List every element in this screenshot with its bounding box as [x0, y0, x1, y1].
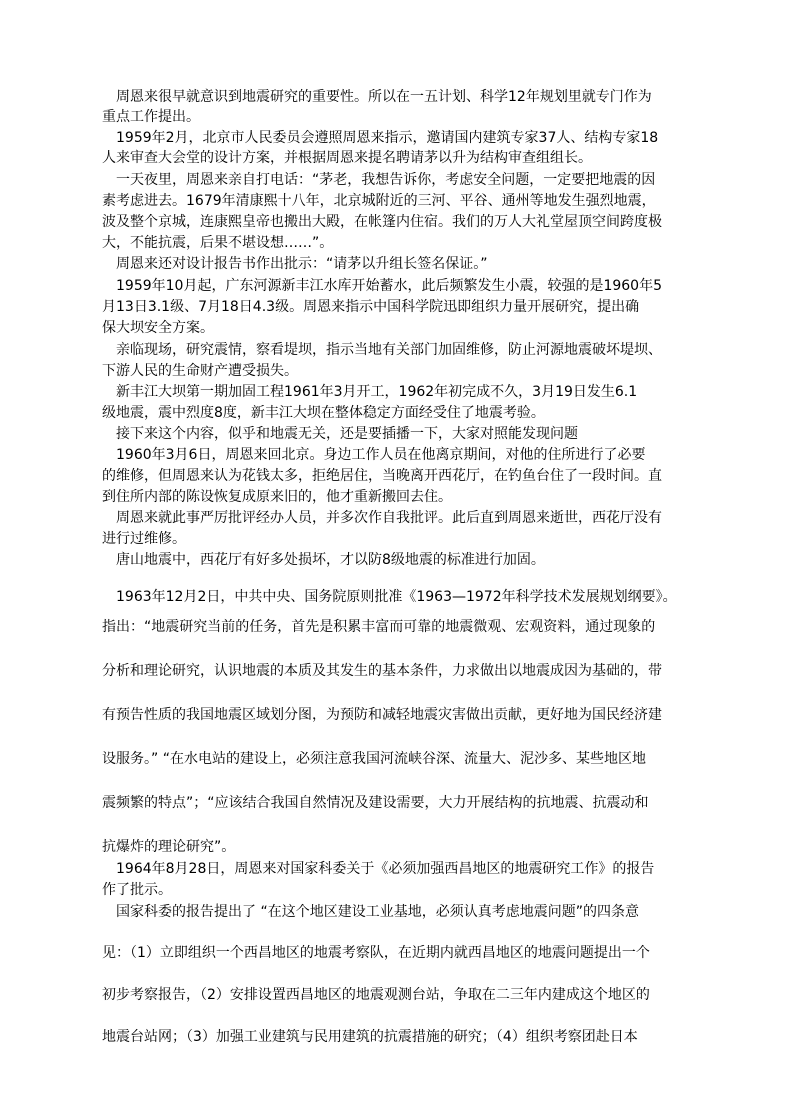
paragraph-line: 进行过维修。 [102, 529, 680, 549]
paragraph-line: 月13日3.1级、7月18日4.3级。周恩来指示中国科学院迅即组织力量开展研究，… [102, 297, 680, 317]
paragraph-first-line: 唐山地震中，西花厅有好多处损坏，才以防8级地震的标准进行加固。 [116, 550, 680, 570]
paragraph-line: 抗爆炸的理论研究”。 [102, 837, 680, 857]
paragraph-line: 下游人民的生命财产遭受损失。 [102, 361, 680, 381]
paragraph-line: 作了批示。 [102, 880, 680, 900]
paragraph-line: 见：（1）立即组织一个西昌地区的地震考察队，在近期内就西昌地区的地震问题提出一个 [102, 943, 680, 963]
paragraph-line: 保大坝安全方案。 [102, 318, 680, 338]
paragraph-first-line: 亲临现场，研究震情，察看堤坝，指示当地有关部门加固维修，防止河源地震破坏堤坝、 [116, 340, 680, 360]
paragraph-line: 设服务。” “在水电站的建设上，必须注意我国河流峡谷深、流量大、泥沙多、某些地区… [102, 749, 680, 769]
paragraph-first-line: 国家科委的报告提出了 “在这个地区建设工业基地，必须认真考虑地震问题”的四条意 [116, 902, 680, 922]
paragraph-line: 人来审查大会堂的设计方案，并根据周恩来提名聘请茅以升为结构审查组组长。 [102, 148, 680, 168]
paragraph-line: 指出：“地震研究当前的任务，首先是积累丰富而可靠的地震微观、宏观资料，通过现象的 [102, 617, 680, 637]
paragraph-line: 重点工作提出。 [102, 107, 680, 127]
paragraph-line: 初步考察报告，（2）安排设置西昌地区的地震观测台站，争取在二三年内建成这个地区的 [102, 985, 680, 1005]
paragraph-first-line: 一天夜里，周恩来亲自打电话：“茅老，我想告诉你，考虑安全问题，一定要把地震的因 [116, 170, 680, 190]
paragraph-line: 有预告性质的我国地震区域划分图，为预防和减轻地震灾害做出贡献，更好地为国民经济建 [102, 705, 680, 725]
paragraph-first-line: 1963年12月2日，中共中央、国务院原则批准《1963—1972年科学技术发展… [116, 587, 680, 607]
paragraph-line: 级地震，震中烈度8度，新丰江大坝在整体稳定方面经受住了地震考验。 [102, 403, 680, 423]
paragraph-line: 分析和理论研究，认识地震的本质及其发生的基本条件，力求做出以地震成因为基础的，带 [102, 661, 680, 681]
paragraph-line: 波及整个京城，连康熙皇帝也搬出大殿，在帐篷内住宿。我们的万人大礼堂屋顶空间跨度极 [102, 212, 680, 232]
paragraph-first-line: 新丰江大坝第一期加固工程1961年3月开工，1962年初完成不久，3月19日发生… [116, 382, 680, 402]
document-page: 周恩来很早就意识到地震研究的重要性。所以在一五计划、科学12年规划里就专门作为重… [0, 0, 800, 1100]
paragraph-line: 地震台站网；（3）加强工业建筑与民用建筑的抗震措施的研究；（4）组织考察团赴日本 [102, 1027, 680, 1047]
paragraph-first-line: 周恩来就此事严厉批评经办人员，并多次作自我批评。此后直到周恩来逝世，西花厅没有 [116, 508, 680, 528]
paragraph-first-line: 1964年8月28日，周恩来对国家科委关于《必须加强西昌地区的地震研究工作》的报… [116, 859, 680, 879]
paragraph-line: 震频繁的特点”；“应该结合我国自然情况及建设需要，大力开展结构的抗地震、抗震动和 [102, 793, 680, 813]
paragraph-line: 的维修，但周恩来认为花钱太多，拒绝居住，当晚离开西花厅，在钓鱼台住了一段时间。直 [102, 466, 680, 486]
paragraph-first-line: 周恩来还对设计报告书作出批示：“请茅以升组长签名保证。” [116, 254, 680, 274]
paragraph-first-line: 1959年2月，北京市人民委员会遵照周恩来指示，邀请国内建筑专家37人、结构专家… [116, 128, 680, 148]
paragraph-line: 到住所内部的陈设恢复成原来旧的，他才重新搬回去住。 [102, 487, 680, 507]
paragraph-line: 素考虑进去。1679年清康熙十八年，北京城附近的三河、平谷、通州等地发生强烈地震… [102, 191, 680, 211]
paragraph-line: 大，不能抗震，后果不堪设想……”。 [102, 233, 680, 253]
paragraph-first-line: 接下来这个内容，似乎和地震无关，还是要插播一下，大家对照能发现问题 [116, 424, 680, 444]
paragraph-first-line: 1959年10月起，广东河源新丰江水库开始蓄水，此后频繁发生小震，较强的是196… [116, 276, 680, 296]
paragraph-first-line: 1960年3月6日，周恩来回北京。身边工作人员在他离京期间，对他的住所进行了必要 [116, 445, 680, 465]
paragraph-first-line: 周恩来很早就意识到地震研究的重要性。所以在一五计划、科学12年规划里就专门作为 [116, 87, 680, 107]
